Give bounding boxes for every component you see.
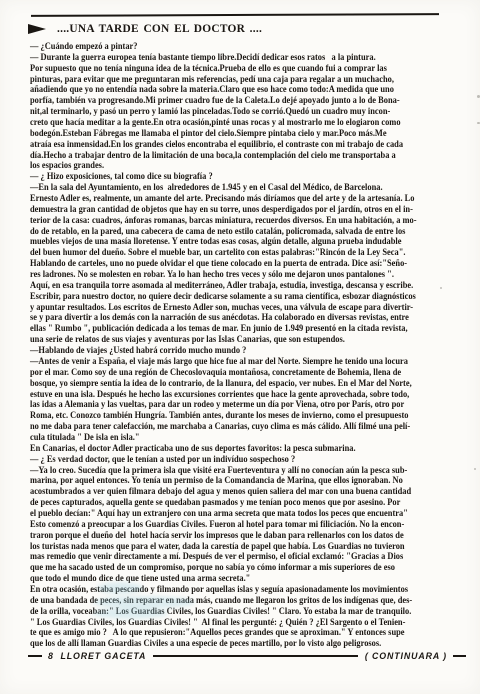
text-line: " Los Guardias Civiles, los Guardias Civ… xyxy=(30,618,419,629)
text-line: se y para divertir a los demás con la na… xyxy=(30,313,419,324)
text-line: acostumbrados a ver quien filmara debajo… xyxy=(30,487,419,498)
text-line: los espacios grandes. xyxy=(30,161,419,172)
text-line: —En la sala del Ayuntamiento, en los alr… xyxy=(30,183,419,194)
scanned-page: ....UNA TARDE CON EL DOCTOR .... — ¿Cuán… xyxy=(0,0,480,694)
text-line: nit,al terminarlo, y pasó un perro y lam… xyxy=(30,107,419,118)
text-line: Aquí, en esa tranquila torre asomada al … xyxy=(30,281,419,292)
text-line: que me ha sacado usted de un compromiso,… xyxy=(30,563,419,574)
text-line: no me daba para tener calefacción, me ma… xyxy=(30,422,419,433)
page-footer: 8 LLORET GACETA ( CONTINUARA ) xyxy=(28,651,466,661)
text-line: En otra ocasión, estaba pescando y filma… xyxy=(30,585,419,596)
text-line: Esto comenzó a preocupar a los Guardias … xyxy=(30,520,419,531)
text-line: — ¿Cuándo empezó a pintar? xyxy=(30,42,419,53)
text-line: res ladrones. No se molesten en robar. Y… xyxy=(30,270,419,281)
scan-speck xyxy=(440,287,442,289)
footer-dash-left xyxy=(28,655,42,657)
text-line: creto que hacía meditar a la gente.En ot… xyxy=(30,118,419,129)
article-title: ....UNA TARDE CON EL DOCTOR .... xyxy=(57,23,262,35)
text-line: —Hablando de viajes ¿Usted habrá corrido… xyxy=(30,346,419,357)
page-number-label: 8 LLORET GACETA xyxy=(48,651,146,661)
text-line: una serie de relatos de sus viajes y ave… xyxy=(30,335,419,346)
text-line: Por supuesto que no tenía ninguna idea d… xyxy=(30,64,419,75)
text-line: por el mar. Como soy de una región de Ch… xyxy=(30,368,419,379)
text-line: del buen humor del dueño. Sobre el muebl… xyxy=(30,248,419,259)
text-line: pinturas, para evitar que me preguntaran… xyxy=(30,75,419,86)
text-line: demuestra la gran cantidad de objetos qu… xyxy=(30,205,419,216)
text-line: día.Hecho a trabajar dentro de la limita… xyxy=(30,151,419,162)
text-line: que todo el mundo dice de que tiene uste… xyxy=(30,574,419,585)
text-line: añadiendo que yo no entendía nada sobre … xyxy=(30,85,419,96)
text-line: Hablando de carteles, uno no puede olvid… xyxy=(30,259,419,270)
text-line: En Canarias, el doctor Adler practicaba … xyxy=(30,444,419,455)
text-line: — Durante la guerra europea tenía bastan… xyxy=(30,53,419,64)
footer-rule xyxy=(153,655,358,657)
text-line: bosque, yo siempre sentía la idea de lo … xyxy=(30,379,419,390)
text-line: —Ya lo creo. Sucedía que la primera isla… xyxy=(30,466,419,477)
text-line: muebles viejos de una masía lloretense. … xyxy=(30,237,419,248)
text-line: bodegón.Esteban Fábregas me llamaba el p… xyxy=(30,129,419,140)
text-line: de peces capturados, aquella gente se qu… xyxy=(30,498,419,509)
text-line: marina, por aquel entonces. Yo tenía un … xyxy=(30,476,419,487)
text-line: y apuntar resultados. Los escritos de Er… xyxy=(30,303,419,314)
text-line: terior de la casa: cuadros, ánforas roma… xyxy=(30,216,419,227)
text-line: do de retablo, en la pared, una cabecera… xyxy=(30,227,419,238)
text-line: — ¿ Hizo exposiciones, tal como dice su … xyxy=(30,172,419,183)
text-line: atraía esa inmensidad.En los grandes cie… xyxy=(30,140,419,151)
text-line: de una bandada de peces, sin reparar en … xyxy=(30,596,419,607)
text-line: estuve en una isla. Después he hecho las… xyxy=(30,390,419,401)
scan-speck xyxy=(474,468,476,470)
text-line: que los de allí llaman Guardias Civiles … xyxy=(30,639,419,650)
footer-dash-right xyxy=(453,655,466,657)
text-line: porfía, también va progresando.Mi primer… xyxy=(30,96,419,107)
text-line: traron porque el dueño del hotel hacía s… xyxy=(30,531,419,542)
right-arrow-icon xyxy=(28,24,46,34)
text-line: te que es amigo mio ? A lo que repusiero… xyxy=(30,628,419,639)
text-line: cula titulada " De isla en isla." xyxy=(30,433,419,444)
text-line: el pueblo decían:" Aquí hay un extranjer… xyxy=(30,509,419,520)
text-line: mas remedio que venir directamente a mí.… xyxy=(30,552,419,563)
text-line: Ernesto Adler es, realmente, un amante d… xyxy=(30,194,419,205)
text-line: — ¿ Es verdad doctor, que le tenían a us… xyxy=(30,455,419,466)
text-line: las idas a Alemania y las vueltas, para … xyxy=(30,400,419,411)
article-body: — ¿Cuándo empezó a pintar?— Durante la g… xyxy=(30,42,462,650)
continuation-label: ( CONTINUARA ) xyxy=(365,651,447,661)
header-rule xyxy=(31,13,439,17)
text-line: ellas " Rumbo ", publicación dedicada a … xyxy=(30,324,419,335)
text-line: —Antes de venir a España, el viaje más l… xyxy=(30,357,419,368)
text-line: Roma, etc. Conozco también Hungría. Tamb… xyxy=(30,411,419,422)
text-line: los turistas nada menos que para el wate… xyxy=(30,542,419,553)
text-line: Escribir, para nuestro doctor, no quiere… xyxy=(30,292,419,303)
article-header: ....UNA TARDE CON EL DOCTOR .... xyxy=(28,23,262,35)
text-line: de la orilla, voceaban:" Los Guardias Ci… xyxy=(30,607,419,618)
